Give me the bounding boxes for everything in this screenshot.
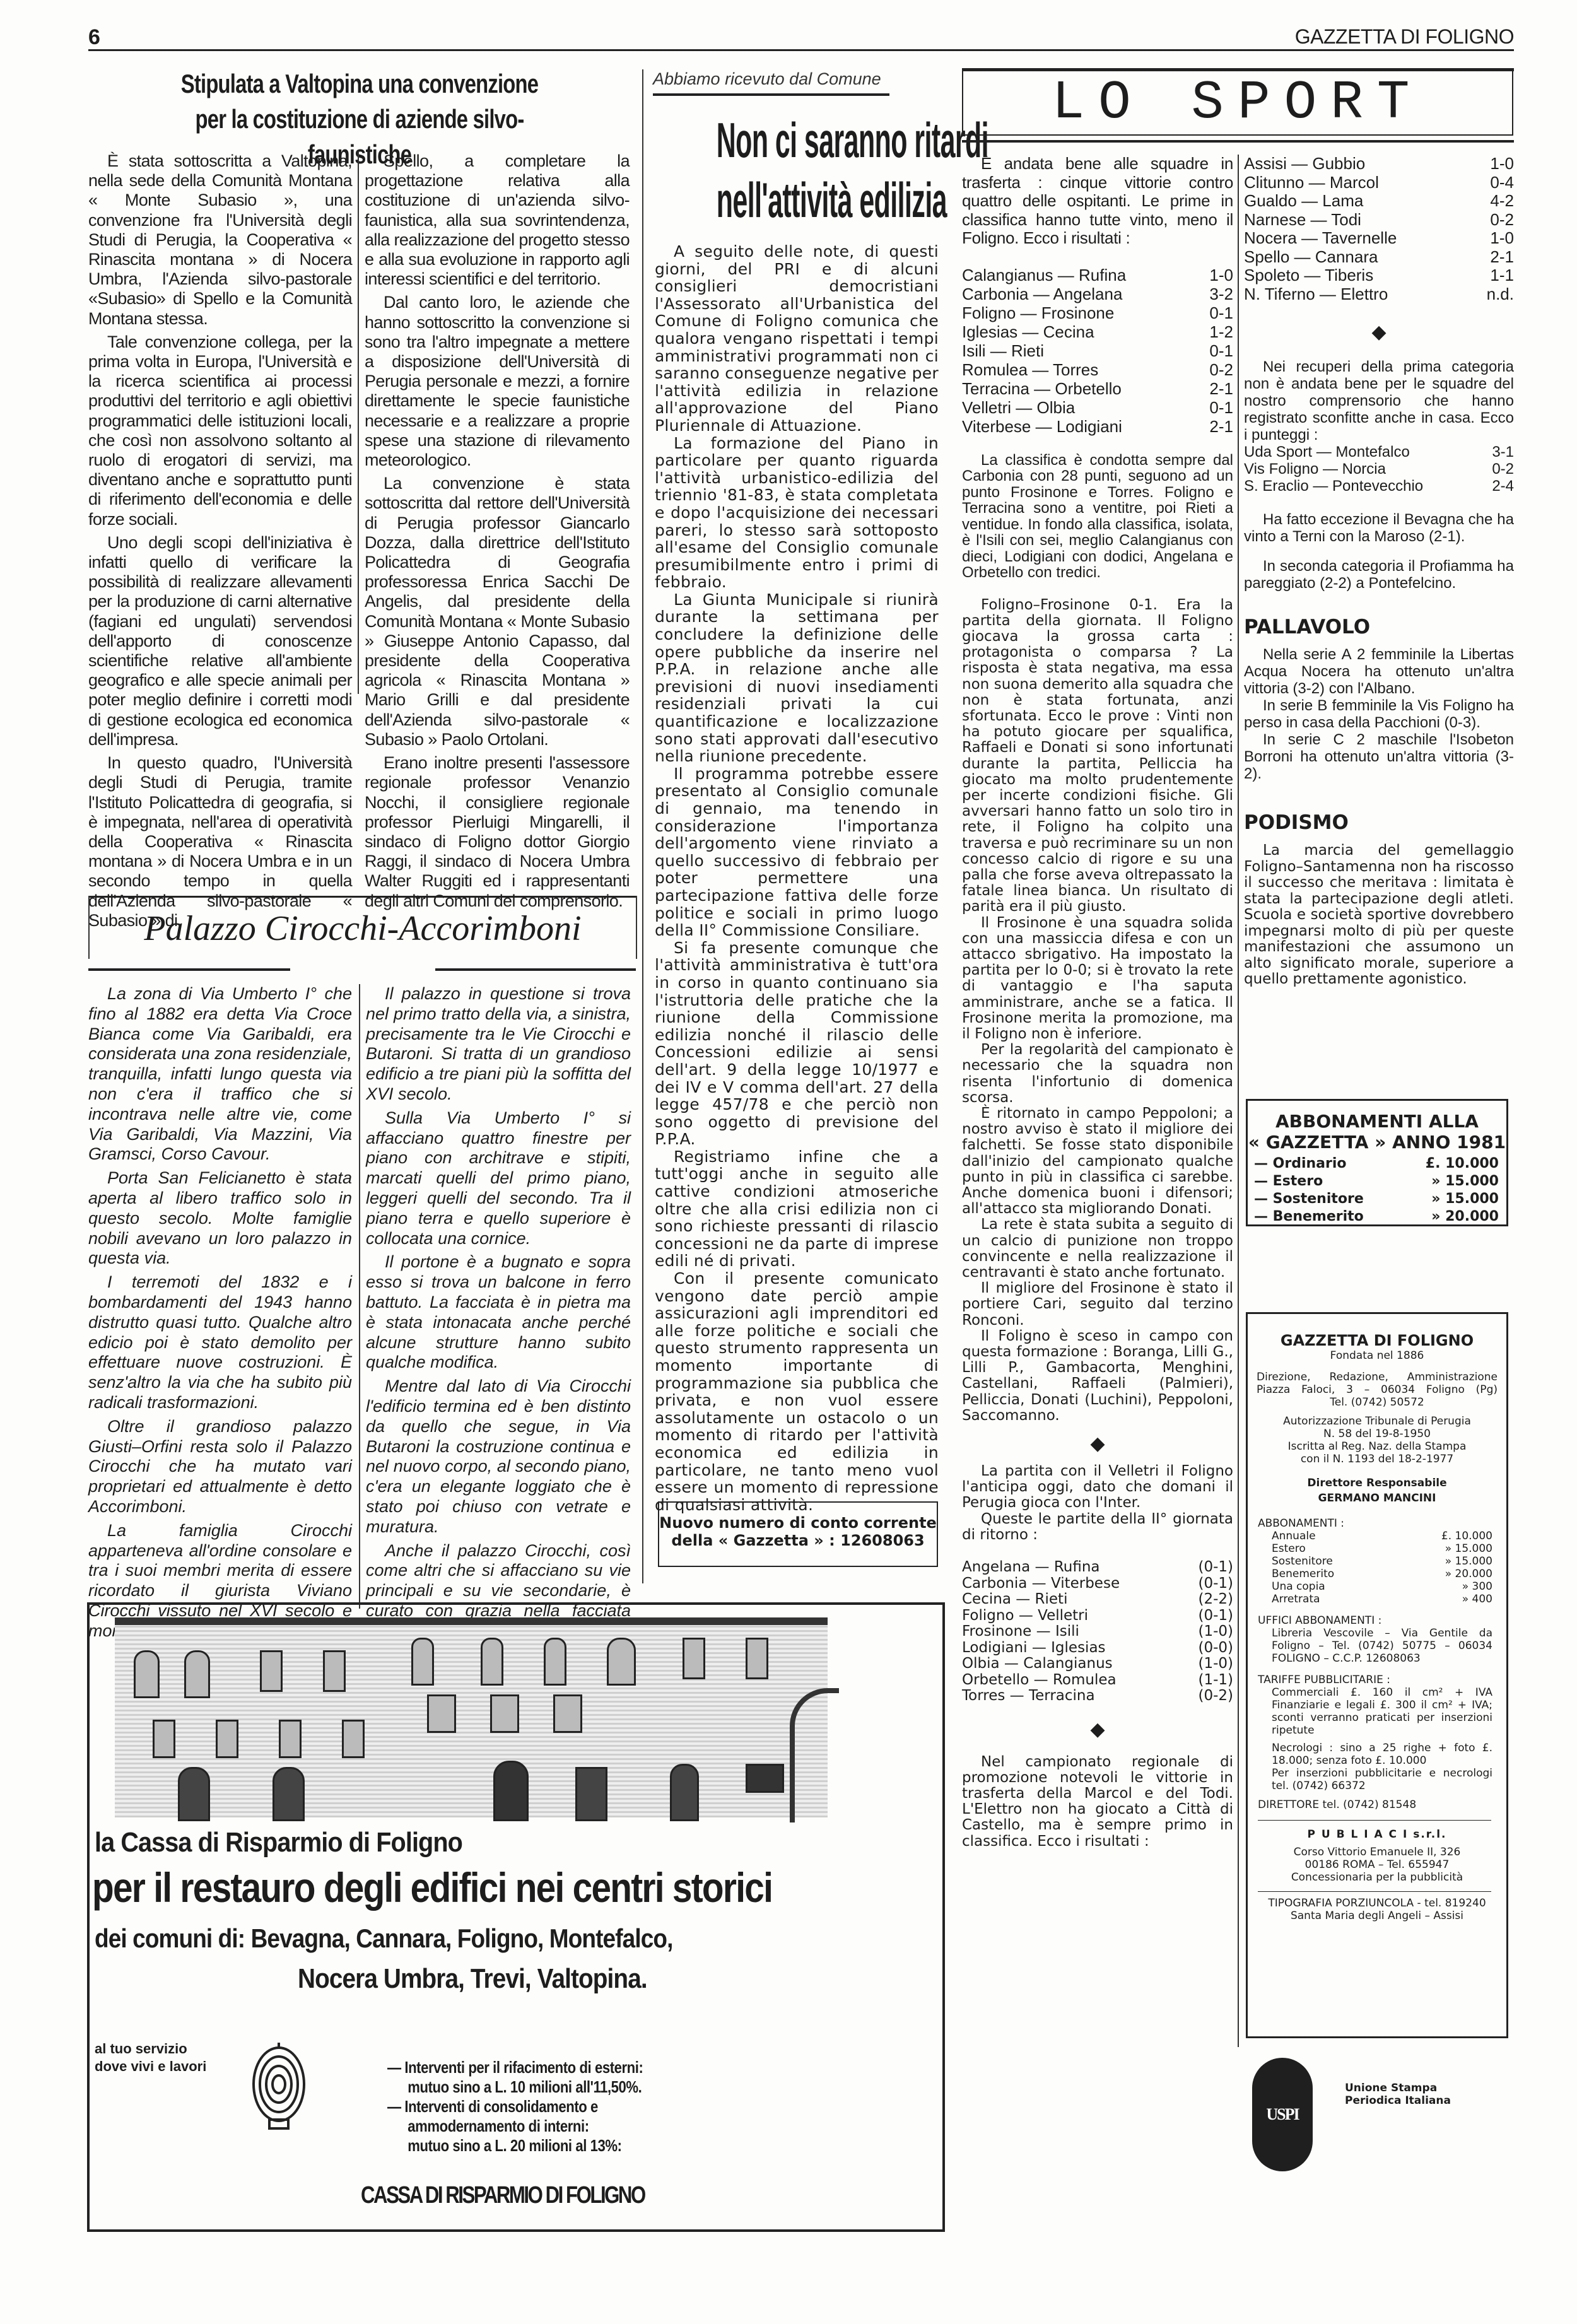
palazzo-col1: La zona di Via Umberto I° che fino al 18…: [88, 984, 352, 1645]
fixture-row: Lodigiani — Iglesias(0-0): [962, 1640, 1233, 1657]
valtopina-col1: È stata sottoscritta a Valtopina, nella …: [88, 151, 352, 934]
paragraph: Si fa presente comunque che l'attività a…: [655, 939, 939, 1148]
paragraph: Nella serie A 2 femminile la Libertas Ac…: [1244, 646, 1514, 697]
uspi-line2: Periodica Italiana: [1345, 2094, 1451, 2107]
colophon-address-line: Tel. (0742) 50572: [1257, 1396, 1498, 1409]
sport-col-a: È andata bene alle squadre in trasferta …: [962, 155, 1233, 1850]
paragraph: La rete è stata subita a seguito di un c…: [962, 1217, 1233, 1281]
ad-slogan-line1: al tuo servizio: [95, 2040, 206, 2058]
result-row: Clitunno — Marcol0-4: [1244, 173, 1514, 192]
pallavolo-heading: PALLAVOLO: [1244, 616, 1514, 638]
paragraph: È ritornato in campo Peppoloni; a nostro…: [962, 1106, 1233, 1217]
result-row: S. Eraclio — Pontevecchio2-4: [1244, 478, 1514, 495]
ad-line3: dei comuni di: Bevagna, Cannara, Foligno…: [95, 1923, 672, 1954]
ad-brand: CASSA DI RISPARMIO DI FOLIGNO: [361, 2182, 645, 2209]
paragraph: Il migliore del Frosinone è stato il por…: [962, 1281, 1233, 1329]
sport-intro: È andata bene alle squadre in trasferta …: [962, 155, 1233, 248]
column-divider: [1238, 155, 1239, 2047]
edilizia-headline-line1: Non ci saranno ritardi: [717, 110, 880, 170]
subscription-row: — Ordinario£. 10.000: [1254, 1155, 1499, 1173]
paragraph: Erano inoltre presenti l'assessore regio…: [365, 753, 630, 911]
sport-col-b: Assisi — Gubbio1-0 Clitunno — Marcol0-4 …: [1244, 155, 1514, 992]
valtopina-headline-line1: Stipulata a Valtopina una convenzione: [148, 66, 572, 102]
result-row: N. Tiferno — Elettron.d.: [1244, 285, 1514, 304]
fixture-row: Foligno — Velletri(0-1): [962, 1608, 1233, 1624]
edilizia-body: A seguito delle note, di questi giorni, …: [655, 243, 939, 1513]
result-row: Uda Sport — Montefalco3-1: [1244, 443, 1514, 461]
paragraph: Registriamo infine che a tutt'oggi anche…: [655, 1148, 939, 1270]
paragraph: Ha fatto eccezione il Bevagna che ha vin…: [1244, 511, 1514, 545]
ad-slogan-line2: dove vivi e lavori: [95, 2058, 206, 2075]
cassa-risparmio-ad[interactable]: la Cassa di Risparmio di Foligno per il …: [87, 1602, 945, 2232]
classifica-paragraph: La classifica è condotta sempre dal Carb…: [962, 452, 1233, 581]
director-title: Direttore Responsabile: [1248, 1477, 1506, 1489]
fixture-row: Orbetello — Romulea(1-1): [962, 1672, 1233, 1689]
results-promozione: Assisi — Gubbio1-0 Clitunno — Marcol0-4 …: [1244, 155, 1514, 303]
subscriptions-title-line1: ABBONAMENTI ALLA: [1248, 1111, 1506, 1132]
column-divider: [642, 69, 643, 1583]
uffici-heading: UFFICI ABBONAMENTI :: [1258, 1614, 1506, 1627]
masthead-running: GAZZETTA DI FOLIGNO: [1295, 25, 1514, 49]
edilizia-headline-line2: nell'attività edilizia: [717, 170, 880, 230]
paragraph: La zona di Via Umberto I° che fino al 18…: [88, 984, 352, 1165]
paragraph: La convenzione è stata sottoscritta dal …: [365, 474, 630, 749]
paragraph: La formazione del Piano in particolare p…: [655, 435, 939, 591]
paragraph: In serie C 2 maschile l'Isobeton Borroni…: [1244, 731, 1514, 782]
paragraph: È stata sottoscritta a Valtopina, nella …: [88, 151, 352, 329]
paragraph: La Giunta Municipale si riunirà durante …: [655, 591, 939, 765]
edilizia-headline: Non ci saranno ritardi nell'attività edi…: [650, 110, 946, 230]
result-row: Spello — Cannara2-1: [1244, 248, 1514, 267]
tipografia-line: Santa Maria degli Angeli – Assisi: [1248, 1910, 1506, 1922]
diamond-icon: ◆: [962, 1718, 1233, 1740]
paragraph: Il Frosinone è una squadra solida con un…: [962, 915, 1233, 1043]
direttore-tel: DIRETTORE tel. (0742) 81548: [1258, 1799, 1506, 1811]
paragraph: Nei recuperi della prima categoria non è…: [1244, 358, 1514, 443]
subscription-row: — Benemerito» 20.000: [1254, 1208, 1499, 1226]
paragraph: Con il presente comunicato vengono date …: [655, 1270, 939, 1513]
subscription-row: — Sostenitore» 15.000: [1254, 1190, 1499, 1208]
colophon-divider: [1258, 1820, 1491, 1821]
paragraph: Sulla Via Umberto I° si affacciano quatt…: [366, 1108, 631, 1249]
result-row: Vis Foligno — Norcia0-2: [1244, 461, 1514, 478]
ad-offer2-line1: — Interventi di consolidamento e: [387, 2097, 643, 2116]
tipografia-line: TIPOGRAFIA PORZIUNCOLA - tel. 819240: [1248, 1897, 1506, 1910]
colophon-auth-line: N. 58 del 19-8-1950: [1248, 1428, 1506, 1440]
publiaci-line: 00186 ROMA – Tel. 655947: [1248, 1858, 1506, 1871]
paragraph: Queste le partite della II° giornata di …: [962, 1511, 1233, 1543]
conto-corrente-notice: Nuovo numero di conto corrente della « G…: [658, 1501, 938, 1567]
uspi-text: Unione Stampa Periodica Italiana: [1345, 2082, 1451, 2107]
fixture-row: Angelana — Rufina(0-1): [962, 1559, 1233, 1576]
diamond-icon: ◆: [962, 1433, 1233, 1455]
result-row: Carbonia — Angelana3-2: [962, 285, 1233, 303]
concentric-rings-logo-icon: [250, 2040, 307, 2135]
subscription-row: — Estero» 15.000: [1254, 1173, 1499, 1190]
colophon-founded: Fondata nel 1886: [1248, 1349, 1506, 1362]
result-row: Velletri — Olbia0-1: [962, 398, 1233, 417]
fixture-row: Olbia — Calangianus(1-0): [962, 1656, 1233, 1672]
tariffe-text: Commerciali £. 160 il cm² + IVA Finanzia…: [1248, 1686, 1506, 1737]
next-round-fixtures: Angelana — Rufina(0-1) Carbonia — Viterb…: [962, 1559, 1233, 1705]
colophon-name: GAZZETTA DI FOLIGNO: [1248, 1334, 1506, 1347]
price-row: Annuale£. 10.000: [1272, 1530, 1492, 1542]
valtopina-col2: Spello, a completare la progettazione re…: [365, 151, 630, 915]
result-row: Calangianus — Rufina1-0: [962, 266, 1233, 285]
paragraph: I terremoti del 1832 e i bombardamenti d…: [88, 1272, 352, 1413]
sport-title: LO SPORT: [963, 71, 1512, 134]
sport-title-rule: [962, 140, 1514, 143]
result-row: Foligno — Frosinone0-1: [962, 303, 1233, 322]
colophon-auth-line: Autorizzazione Tribunale di Perugia: [1248, 1415, 1506, 1428]
paragraph: Uno degli scopi dell'iniziativa è infatt…: [88, 533, 352, 749]
ad-offer1-line1: — Interventi per il rifacimento di ester…: [387, 2058, 643, 2077]
palazzo-facade-illustration: [115, 1617, 828, 1817]
ad-offers: — Interventi per il rifacimento di ester…: [387, 2058, 643, 2156]
paragraph: Nel campionato regionale di promozione n…: [962, 1754, 1233, 1850]
ad-line1: la Cassa di Risparmio di Foligno: [95, 1827, 462, 1858]
podismo-heading: PODISMO: [1244, 811, 1514, 834]
paragraph: Porta San Felicianetto è stata aperta al…: [88, 1168, 352, 1269]
result-row: Isili — Rieti0-1: [962, 341, 1233, 360]
tariffe-heading: TARIFFE PUBBLICITARIE :: [1258, 1674, 1506, 1686]
uffici-text: Libreria Vescovile – Via Gentile da Foli…: [1248, 1627, 1506, 1665]
result-row: Narnese — Todi0-2: [1244, 211, 1514, 230]
result-row: Assisi — Gubbio1-0: [1244, 155, 1514, 173]
paragraph: A seguito delle note, di questi giorni, …: [655, 243, 939, 435]
colophon-address-line: Direzione, Redazione, Amministrazione: [1257, 1371, 1498, 1383]
column-divider: [358, 151, 359, 694]
paragraph: In serie B femminile la Vis Foligno ha p…: [1244, 697, 1514, 731]
palazzo-headline: Palazzo Cirocchi-Accorimboni: [88, 908, 637, 949]
price-row: Benemerito» 20.000: [1272, 1568, 1492, 1580]
page-number: 6: [88, 25, 100, 50]
paragraph: Il portone è a bugnato e sopra esso si t…: [366, 1252, 631, 1373]
price-row: Estero» 15.000: [1272, 1542, 1492, 1555]
price-row: Arretrata» 400: [1272, 1593, 1492, 1605]
notice-line2: della « Gazzetta » : 12608063: [659, 1532, 937, 1549]
results-interregionale: Calangianus — Rufina1-0 Carbonia — Angel…: [962, 266, 1233, 436]
paragraph: Oltre il grandioso palazzo Giusti–Orfini…: [88, 1417, 352, 1517]
necrologi-text: Necrologi : sino a 25 righe + foto £. 18…: [1248, 1737, 1506, 1767]
sport-title-box: LO SPORT: [962, 71, 1513, 136]
colophon-auth-line: con il N. 1193 del 18-2-1977: [1248, 1453, 1506, 1465]
diamond-icon: ◆: [1244, 321, 1514, 343]
paragraph: Foligno–Frosinone 0-1. Era la partita de…: [962, 597, 1233, 915]
director-name: GERMANO MANCINI: [1248, 1492, 1506, 1505]
result-row: Terracina — Orbetello2-1: [962, 379, 1233, 398]
edilizia-kicker: Abbiamo ricevuto dal Comune: [653, 69, 881, 89]
edilizia-kicker-rule: [653, 93, 889, 96]
colophon-address-line: Piazza Faloci, 3 – 06034 Foligno (Pg): [1257, 1383, 1498, 1396]
paragraph: Spello, a completare la progettazione re…: [365, 151, 630, 289]
uspi-logo-icon: USPI: [1252, 2058, 1313, 2171]
paragraph: Il programma potrebbe essere presentato …: [655, 765, 939, 939]
publiaci-line: Concessionaria per la pubblicità: [1248, 1871, 1506, 1884]
colophon-box: GAZZETTA DI FOLIGNO Fondata nel 1886 Dir…: [1246, 1312, 1508, 2038]
publiaci-name: P U B L I A C I s.r.l.: [1248, 1828, 1506, 1841]
ad-offer1-line2: mutuo sino a L. 10 milioni all'11,50%.: [387, 2077, 643, 2097]
fixture-row: Torres — Terracina(0-2): [962, 1688, 1233, 1705]
column-divider: [359, 984, 360, 1609]
fixture-row: Frosinone — Isili(1-0): [962, 1624, 1233, 1640]
notice-line1: Nuovo numero di conto corrente: [659, 1514, 937, 1532]
price-row: Sostenitore» 15.000: [1272, 1555, 1492, 1568]
price-row: Una copia» 300: [1272, 1580, 1492, 1593]
paragraph: La partita con il Velletri il Foligno l'…: [962, 1464, 1233, 1511]
subscriptions-box: ABBONAMENTI ALLA « GAZZETTA » ANNO 1981 …: [1246, 1099, 1508, 1226]
subscriptions-title-line2: « GAZZETTA » ANNO 1981: [1248, 1132, 1506, 1153]
paragraph: Mentre dal lato di Via Cirocchi l'edific…: [366, 1376, 631, 1537]
results-recuperi: Uda Sport — Montefalco3-1 Vis Foligno — …: [1244, 443, 1514, 495]
header-rule: [88, 49, 1514, 51]
paragraph: Dal canto loro, le aziende che hanno sot…: [365, 293, 630, 470]
result-row: Spoleto — Tiberis1-1: [1244, 266, 1514, 285]
paragraph: Tale convenzione collega, per la prima v…: [88, 332, 352, 529]
result-row: Iglesias — Cecina1-2: [962, 322, 1233, 341]
result-row: Romulea — Torres0-2: [962, 360, 1233, 379]
paragraph: La marcia del gemellaggio Foligno–Santam…: [1244, 843, 1514, 988]
paragraph: È andata bene alle squadre in trasferta …: [962, 155, 1233, 248]
palazzo-rule-right: [435, 968, 636, 971]
fixture-row: Carbonia — Viterbese(0-1): [962, 1576, 1233, 1592]
paragraph: Il palazzo in questione si trova nel pri…: [366, 984, 631, 1105]
palazzo-col2: Il palazzo in questione si trova nel pri…: [366, 984, 631, 1665]
uspi-line1: Unione Stampa: [1345, 2082, 1451, 2094]
ad-offer2-line2: ammodernamento di interni:: [387, 2116, 643, 2136]
paragraph: Il Foligno è sceso in campo con questa f…: [962, 1329, 1233, 1424]
palazzo-rule-left: [88, 968, 290, 971]
abbonamenti-heading: ABBONAMENTI :: [1258, 1517, 1506, 1530]
result-row: Gualdo — Lama4-2: [1244, 192, 1514, 211]
colophon-auth-line: Iscritta al Reg. Naz. della Stampa: [1248, 1440, 1506, 1453]
publiaci-line: Corso Vittorio Emanuele II, 326: [1248, 1846, 1506, 1858]
ad-line2: per il restauro degli edifici nei centri…: [92, 1863, 772, 1911]
result-row: Viterbese — Lodigiani2-1: [962, 417, 1233, 436]
ad-slogan: al tuo servizio dove vivi e lavori: [95, 2040, 206, 2075]
paragraph: In seconda categoria il Profiamma ha par…: [1244, 558, 1514, 592]
ad-line4: Nocera Umbra, Trevi, Valtopina.: [298, 1963, 647, 1995]
ad-offer2-line3: mutuo sino a L. 20 milioni al 13%:: [387, 2136, 643, 2156]
fixture-row: Cecina — Rieti(2-2): [962, 1592, 1233, 1608]
inserzioni-text: Per inserzioni pubblicitarie e necrologi…: [1248, 1767, 1506, 1792]
colophon-divider: [1258, 1891, 1491, 1892]
paragraph: Per la regolarità del campionato è neces…: [962, 1042, 1233, 1106]
result-row: Nocera — Tavernelle1-0: [1244, 229, 1514, 248]
